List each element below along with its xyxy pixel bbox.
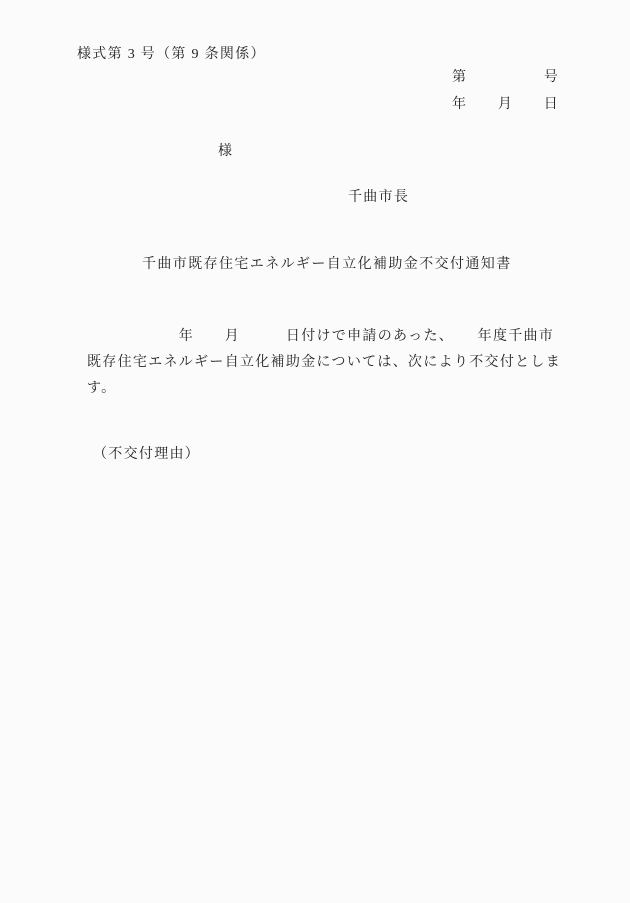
issue-date-line: 年 月 日	[452, 97, 559, 113]
sender-title: 千曲市長	[348, 190, 409, 206]
body-line-1: 年 月 日付けで申請のあった、 年度千曲市	[87, 329, 554, 345]
body-line-2: 既存住宅エネルギー自立化補助金については、次により不交付としま	[87, 355, 561, 371]
document-page: 様式第 3 号（第 9 条関係） 第 号 年 月 日 様 千曲市長 千曲市既存住…	[0, 0, 630, 903]
form-number-label: 様式第 3 号（第 9 条関係）	[77, 47, 266, 63]
document-number-line: 第 号	[452, 70, 559, 86]
rejection-reason-label: （不交付理由）	[93, 447, 200, 463]
body-line-3: す。	[87, 381, 116, 397]
document-title: 千曲市既存住宅エネルギー自立化補助金不交付通知書	[142, 257, 512, 273]
addressee-honorific: 様	[218, 144, 233, 160]
